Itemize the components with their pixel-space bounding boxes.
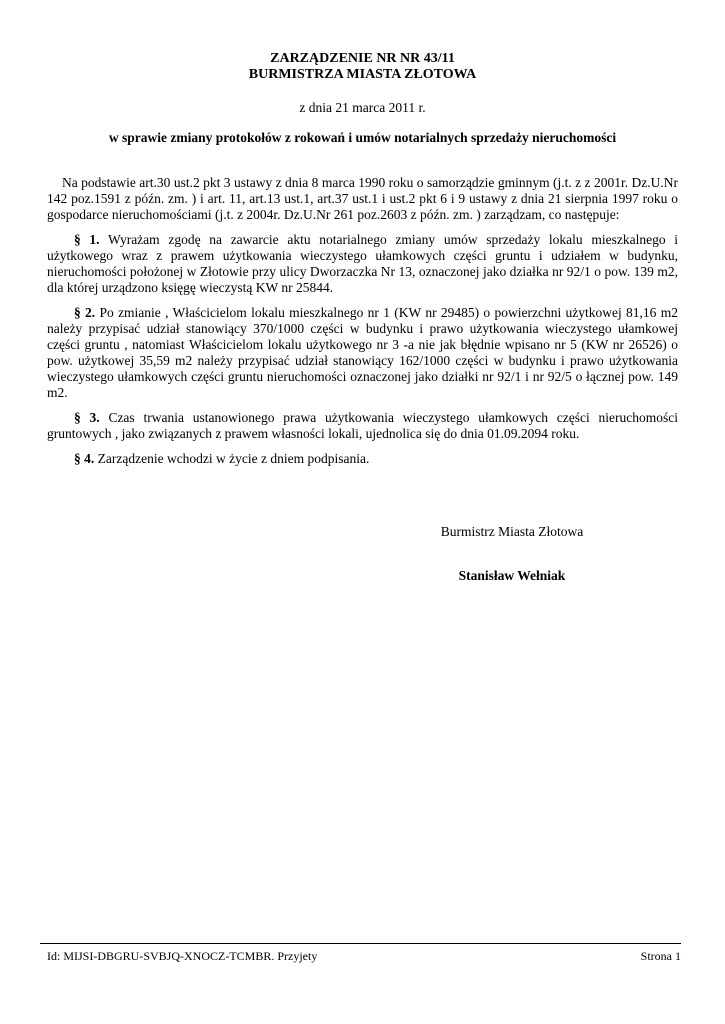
footer-document-id: Id: MIJSI-DBGRU-SVBJQ-XNOCZ-TCMBR. Przyj… [40, 949, 317, 963]
ordinance-date: z dnia 21 marca 2011 r. [47, 100, 678, 116]
ordinance-title-line2: BURMISTRZA MIASTA ZŁOTOWA [47, 67, 678, 83]
section-text-2: Po zmianie , Właścicielom lokalu mieszka… [47, 305, 678, 400]
section-number-1: § 1. [74, 232, 100, 247]
document-body: Na podstawie art.30 ust.2 pkt 3 ustawy z… [47, 175, 678, 467]
section-paragraph-4: § 4. Zarządzenie wchodzi w życie z dniem… [47, 451, 678, 467]
document-page: ZARZĄDZENIE NR NR 43/11 BURMISTRZA MIAST… [0, 0, 725, 1024]
ordinance-title-line1: ZARZĄDZENIE NR NR 43/11 [47, 51, 678, 67]
section-number-2: § 2. [74, 305, 95, 320]
signature-block: Burmistrz Miasta Złotowa Stanisław Wełni… [352, 524, 672, 584]
section-number-4: § 4. [74, 451, 94, 466]
section-number-3: § 3. [74, 410, 100, 425]
page-footer: Id: MIJSI-DBGRU-SVBJQ-XNOCZ-TCMBR. Przyj… [40, 943, 681, 963]
section-text-4: Zarządzenie wchodzi w życie z dniem podp… [98, 451, 370, 466]
document-header: ZARZĄDZENIE NR NR 43/11 BURMISTRZA MIAST… [47, 51, 678, 146]
ordinance-subject: w sprawie zmiany protokołów z rokowań i … [47, 130, 678, 146]
section-paragraph-3: § 3. Czas trwania ustanowionego prawa uż… [47, 410, 678, 442]
section-text-3: Czas trwania ustanowionego prawa użytkow… [47, 410, 678, 441]
preamble-paragraph: Na podstawie art.30 ust.2 pkt 3 ustawy z… [47, 175, 678, 223]
footer-page-number: Strona 1 [641, 949, 681, 963]
signer-name: Stanisław Wełniak [352, 568, 672, 584]
section-paragraph-2: § 2. Po zmianie , Właścicielom lokalu mi… [47, 305, 678, 401]
signer-role: Burmistrz Miasta Złotowa [352, 524, 672, 540]
document-content: ZARZĄDZENIE NR NR 43/11 BURMISTRZA MIAST… [47, 51, 678, 467]
section-text-1: Wyrażam zgodę na zawarcie aktu notarialn… [47, 232, 678, 295]
section-paragraph-1: § 1. Wyrażam zgodę na zawarcie aktu nota… [47, 232, 678, 296]
